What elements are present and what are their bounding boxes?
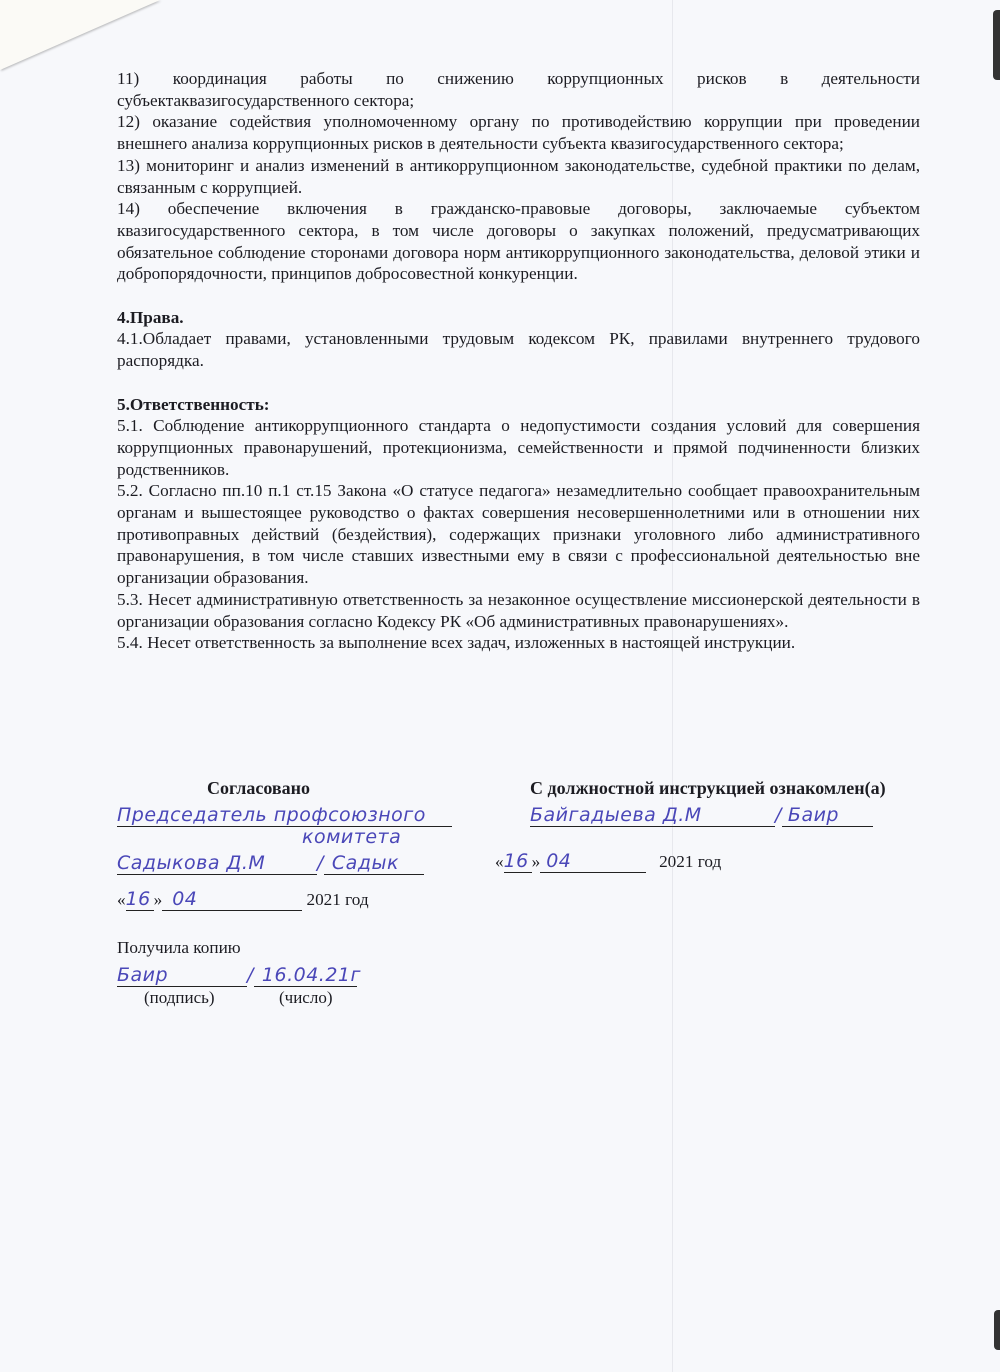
handwritten-date: 16.04.21г [254, 964, 357, 987]
approved-name-signature: Садыкова Д.М/Садык [117, 852, 424, 875]
handwritten-signature: Баир [782, 804, 873, 827]
handwritten-name: Садыкова Д.М [117, 852, 317, 875]
handwritten-signature: Баир [117, 964, 247, 987]
acknowledged-name-signature: Байгадыева Д.М/Баир [530, 804, 873, 827]
list-item-11: 11) координация работы по снижению корру… [117, 68, 920, 111]
caption-signature: (подпись) [144, 988, 215, 1008]
list-item-14: 14) обеспечение включения в гражданско-п… [117, 198, 920, 285]
copy-received-label: Получила копию [117, 938, 241, 958]
section-5-heading: 5.Ответственность: [117, 394, 920, 416]
caption-date: (число) [279, 988, 333, 1008]
document-body: 11) координация работы по снижению корру… [117, 68, 920, 654]
section-5-1: 5.1. Соблюдение антикоррупционного станд… [117, 415, 920, 480]
signature-block: Согласовано Председатель профсоюзного ко… [117, 778, 927, 1018]
acknowledged-date: «16»04 2021 год [495, 850, 721, 873]
scan-edge-shadow [994, 1310, 1000, 1350]
list-item-12: 12) оказание содействия уполномоченному … [117, 111, 920, 154]
section-4-heading: 4.Права. [117, 307, 920, 329]
copy-received-signature-row: Баир/16.04.21г [117, 964, 357, 987]
handwritten-position: Председатель профсоюзного [117, 804, 452, 827]
folded-page-corner [0, 0, 160, 70]
section-4-1: 4.1.Обладает правами, установленными тру… [117, 328, 920, 371]
scan-edge-shadow [993, 10, 1000, 80]
approved-block: Согласовано Председатель профсоюзного ко… [117, 778, 447, 799]
acknowledged-title: С должностной инструкцией ознакомлен(а) [530, 778, 930, 799]
handwritten-name: Байгадыева Д.М [530, 804, 775, 827]
handwritten-position-cont: комитета [302, 826, 401, 848]
section-5-4: 5.4. Несет ответственность за выполнение… [117, 632, 920, 654]
approved-date: «16»04 2021 год [117, 888, 369, 911]
acknowledged-block: С должностной инструкцией ознакомлен(а) … [530, 778, 930, 799]
section-5-2: 5.2. Согласно пп.10 п.1 ст.15 Закона «О … [117, 480, 920, 589]
handwritten-signature: Садык [324, 852, 424, 875]
list-item-13: 13) мониторинг и анализ изменений в анти… [117, 155, 920, 198]
section-5-3: 5.3. Несет административную ответственно… [117, 589, 920, 632]
approved-title: Согласовано [117, 778, 447, 799]
